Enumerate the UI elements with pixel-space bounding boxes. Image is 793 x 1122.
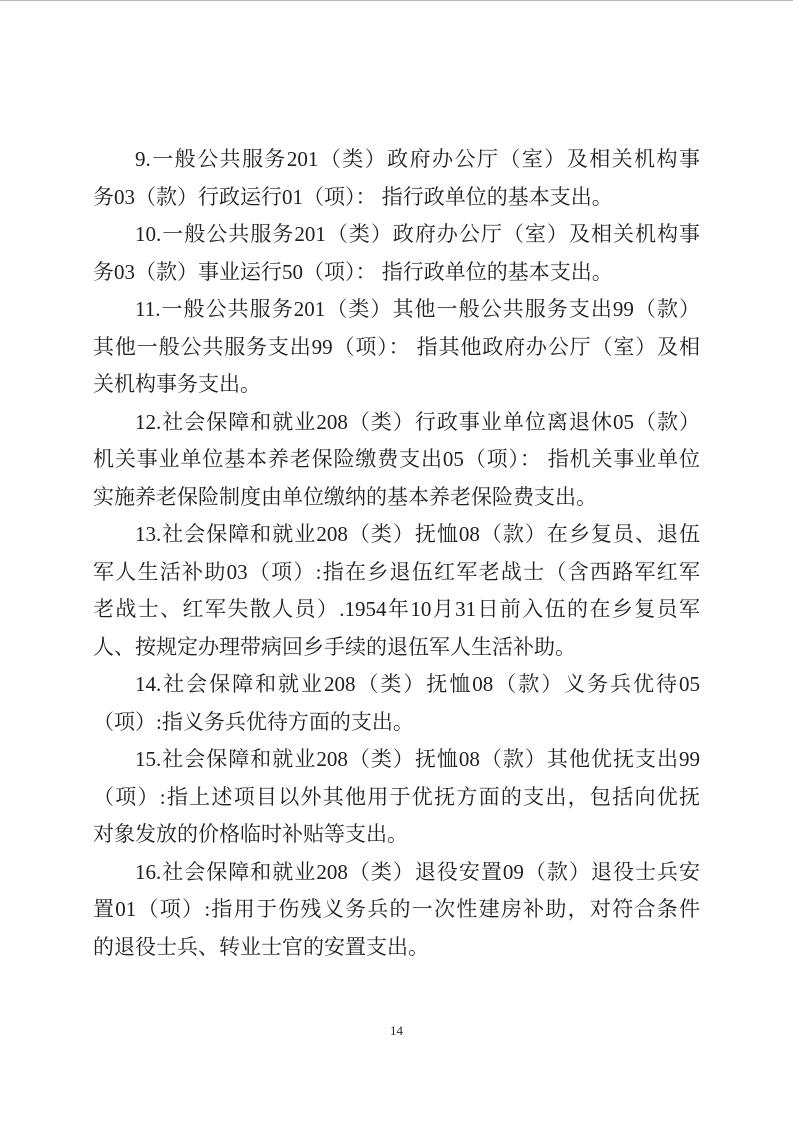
text-line: 的退役士兵、转业士官的安置支出。 [93, 929, 700, 967]
text-line: 9.一般公共服务201（类）政府办公厅（室）及相关机构事 [93, 141, 700, 179]
text-line: 务03（款）事业运行50（项）： 指行政单位的基本支出。 [93, 254, 700, 292]
document-page: 9.一般公共服务201（类）政府办公厅（室）及相关机构事 务03（款）行政运行0… [0, 0, 793, 1122]
text-line: 其他一般公共服务支出99（项）： 指其他政府办公厅（室）及相 [93, 329, 700, 367]
text-line: 人、按规定办理带病回乡手续的退伍军人生活补助。 [93, 629, 700, 667]
text-line: 军人生活补助03（项）:指在乡退伍红军老战士（含西路军红军 [93, 554, 700, 592]
paragraph-item-14: 14.社会保障和就业208（类）抚恤08（款）义务兵优待05 （项）:指义务兵优… [93, 666, 700, 741]
text-line: 15.社会保障和就业208（类）抚恤08（款）其他优抚支出99 [93, 741, 700, 779]
text-line: 11.一般公共服务201（类）其他一般公共服务支出99（款） [93, 291, 700, 329]
text-line: 12.社会保障和就业208（类）行政事业单位离退休05（款） [93, 404, 700, 442]
paragraph-item-9: 9.一般公共服务201（类）政府办公厅（室）及相关机构事 务03（款）行政运行0… [93, 141, 700, 216]
text-line: 14.社会保障和就业208（类）抚恤08（款）义务兵优待05 [93, 666, 700, 704]
paragraph-item-16: 16.社会保障和就业208（类）退役安置09（款）退役士兵安 置01（项）:指用… [93, 854, 700, 967]
document-body: 9.一般公共服务201（类）政府办公厅（室）及相关机构事 务03（款）行政运行0… [93, 141, 700, 966]
text-line: 对象发放的价格临时补贴等支出。 [93, 816, 700, 854]
text-line: 实施养老保险制度由单位缴纳的基本养老保险费支出。 [93, 479, 700, 517]
text-line: （项）:指上述项目以外其他用于优抚方面的支出，包括向优抚 [93, 779, 700, 817]
paragraph-item-10: 10.一般公共服务201（类）政府办公厅（室）及相关机构事 务03（款）事业运行… [93, 216, 700, 291]
text-line: 务03（款）行政运行01（项）： 指行政单位的基本支出。 [93, 179, 700, 217]
text-line: 关机构事务支出。 [93, 366, 700, 404]
paragraph-item-13: 13.社会保障和就业208（类）抚恤08（款）在乡复员、退伍 军人生活补助03（… [93, 516, 700, 666]
text-line: 16.社会保障和就业208（类）退役安置09（款）退役士兵安 [93, 854, 700, 892]
text-line: 机关事业单位基本养老保险缴费支出05（项）： 指机关事业单位 [93, 441, 700, 479]
text-line: 置01（项）:指用于伤残义务兵的一次性建房补助，对符合条件 [93, 891, 700, 929]
paragraph-item-15: 15.社会保障和就业208（类）抚恤08（款）其他优抚支出99 （项）:指上述项… [93, 741, 700, 854]
text-line: 10.一般公共服务201（类）政府办公厅（室）及相关机构事 [93, 216, 700, 254]
text-line: 13.社会保障和就业208（类）抚恤08（款）在乡复员、退伍 [93, 516, 700, 554]
paragraph-item-12: 12.社会保障和就业208（类）行政事业单位离退休05（款） 机关事业单位基本养… [93, 404, 700, 517]
paragraph-item-11: 11.一般公共服务201（类）其他一般公共服务支出99（款） 其他一般公共服务支… [93, 291, 700, 404]
page-number: 14 [0, 1021, 793, 1041]
text-line: 老战士、红军失散人员）.1954年10月31日前入伍的在乡复员军 [93, 591, 700, 629]
text-line: （项）:指义务兵优待方面的支出。 [93, 704, 700, 742]
